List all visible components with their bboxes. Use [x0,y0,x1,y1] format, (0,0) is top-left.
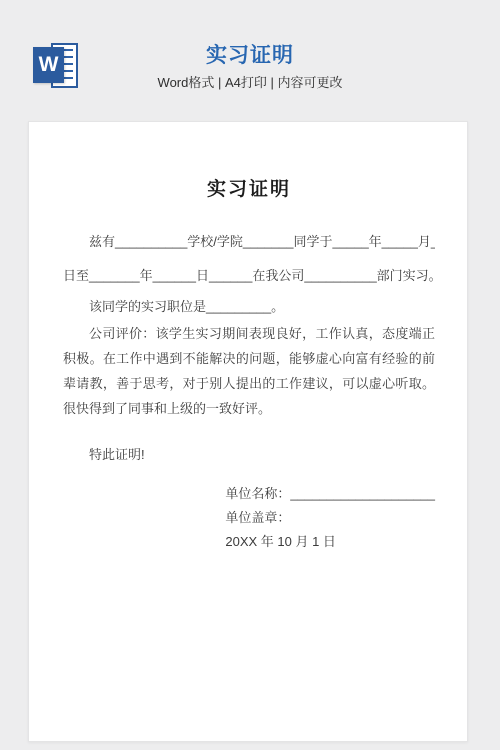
document-page: 实习证明 兹有__________学校/学院_______同学于_____年__… [28,121,468,742]
word-icon-w-letter: W [33,47,64,83]
position-line: 该同学的实习职位是_________。 [63,293,435,321]
preview-header: W 实习证明 Word格式 | A4打印 | 内容可更改 [0,0,500,91]
intro-line-1: 兹有__________学校/学院_______同学于_____年_____月_… [63,225,435,259]
unit-seal-label: 单位盖章： [225,506,435,529]
signature-block: 单位名称：____________________ 单位盖章： 20XX 年 1… [225,482,435,554]
evaluation-paragraph: 公司评价：该学生实习期间表现良好，工作认真，态度端正积极。在工作中遇到不能解决的… [63,321,435,421]
document-title: 实习证明 [63,174,435,201]
unit-name-underline: ____________________ [290,486,435,501]
unit-name-row: 单位名称：____________________ [225,482,435,505]
issue-date: 20XX 年 10 月 1 日 [225,530,435,553]
unit-name-label: 单位名称： [225,486,290,501]
intro-line-2: 日至_______年______日______在我公司__________部门实… [63,259,435,293]
word-icon: W [33,42,79,89]
signature-area: 单位名称：____________________ 单位盖章： 20XX 年 1… [63,482,435,554]
template-preview-screen: W 实习证明 Word格式 | A4打印 | 内容可更改 实习证明 兹有____… [0,0,500,750]
certify-line: 特此证明! [63,443,435,466]
